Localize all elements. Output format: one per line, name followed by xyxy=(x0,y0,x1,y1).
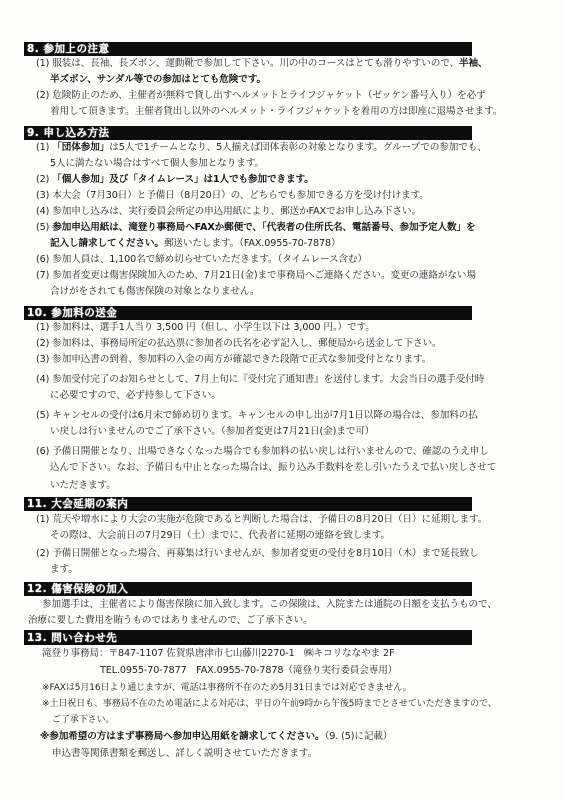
note-line: ※土日祝日も、事務局不在のため電話による対応は、平日の午前9時から午後5時までと… xyxy=(42,698,497,710)
text-line: (1) 服装は、長袖、長ズボン、運動靴で参加して下さい。川の中のコースはとても滑… xyxy=(36,58,488,70)
text-line: (3) 参加申込書の到着、参加料の入金の両方が確認できた段階で正式な参加受付とな… xyxy=(36,354,431,366)
text-line: (7) 参加者変更は傷害保険加入のため、7月21日(金)まで事務局へご連絡くださ… xyxy=(36,270,476,282)
text-line: (2) 「個人参加」及び「タイムレース」は1人でも参加できます。 xyxy=(36,174,314,186)
note-line: 申込書等関係書類を郵送し、詳しく説明させていただきます。 xyxy=(52,748,317,760)
section-header-12: 12. 傷害保険の加入 xyxy=(24,582,472,596)
text-line: (1) 参加料は、選手1人当り 3,500 円（但し、小学生以下は 3,000 … xyxy=(36,322,375,334)
text-line: (4) 参加受付完了のお知らせとして、7月上旬に『受付完了通知書』を送付します。… xyxy=(36,374,484,386)
text-line: (2) 予備日開催となった場合、再募集は行いませんが、参加者変更の受付を8月10… xyxy=(36,548,478,560)
note-line: ※FAXは5月16日より通じますが、電話は事務所不在のため5月31日までは対応で… xyxy=(42,682,412,694)
section-header-9: 9. 申し込み方法 xyxy=(24,126,472,140)
section-header-8: 8. 参加上の注意 xyxy=(24,42,472,56)
text-line: いただきます。 xyxy=(50,480,116,492)
phone-fax-line: TEL.0955-70-7877 FAX.0955-70-7878（滝登り実行委… xyxy=(100,665,397,677)
text-line: その際は、大会前日の7月29日（土）までに、代表者に延期の連絡を致します。 xyxy=(50,530,390,542)
text-line: 5人に満たない場合はすべて個人参加となります。 xyxy=(50,158,264,170)
text-line: (4) 参加申し込みは、実行委員会所定の申込用紙により、郵送かFAXでお申し込み… xyxy=(36,206,421,218)
text-line: 半ズボン、サンダル等での参加はとても危険です。 xyxy=(50,74,266,86)
text-line: 着用して頂きます。主催者貸出し以外のヘルメット・ライフジャケットを着用の方は即座… xyxy=(50,106,502,118)
text-line: (3) 本大会（7月30日）と予備日（8月20日）の、どちらでも参加できる方を受… xyxy=(36,190,429,202)
text-line: い戻しは行いませんのでご了承下さい。（参加者変更は7月21日(金)まで可） xyxy=(50,426,374,438)
section-header-13: 13. 問い合わせ先 xyxy=(24,631,472,645)
text-line: に必要ですので、必ず持参して下さい。 xyxy=(50,390,221,402)
section-header-11: 11. 大会延期の案内 xyxy=(24,497,472,511)
text-line: (6) 参加人員は、1,100名で締め切らせていただきます。（タイムレース含む） xyxy=(36,254,367,266)
address-line: 滝登り事務局：〒847-1107 佐賀県唐津市七山藤川2270-1 ㈱キコリなな… xyxy=(42,648,394,660)
document-page: 8. 参加上の注意 (1) 服装は、長袖、長ズボン、運動靴で参加して下さい。川の… xyxy=(0,0,565,800)
section-header-10: 10. 参加料の送金 xyxy=(24,306,472,320)
text-line: 治療に要した費用を賄うものではありませんので、ご了承下さい。 xyxy=(28,615,313,627)
text-line: (5) キャンセルの受付は6月末で締め切ります。キャンセルの申し出が7月1日以降… xyxy=(36,410,478,422)
text-line: 記入し請求してください。郵送いたします。（FAX.0955-70-7878） xyxy=(50,238,341,250)
text-line: (2) 危険防止のため、主催者が無料で貸し出すヘルメットとライフジャケット（ゼッ… xyxy=(36,90,486,102)
text-line: (1) 「団体参加」は5人で1チームとなり、5人揃えば団体表彰の対象となります。… xyxy=(36,142,487,154)
text-line: 合けがをされても傷害保険の対象となりません。 xyxy=(50,286,259,298)
text-line: (1) 荒天や増水により大会の実施が危険であると判断した場合は、予備日の8月20… xyxy=(36,514,487,526)
text-line: (5) 参加申込用紙は、滝登り事務局へFAXか郵便で、「代表者の住所氏名、電話番… xyxy=(36,222,475,234)
note-line: ※参加希望の方はまず事務局へ参加申込用紙を請求してください。（9. (5)に記載… xyxy=(40,731,392,743)
note-line: ご了承下さい。 xyxy=(52,714,114,726)
text-line: 込んで下さい。なお、予備日も中止となった場合は、振り込み手数料を差し引いたうえで… xyxy=(50,462,496,474)
text-line: (6) 予備日開催となり、出場できなくなった場合でも参加料の払い戻しは行いません… xyxy=(36,446,489,458)
text-line: ます。 xyxy=(50,564,78,576)
text-line: (2) 参加料は、事務局所定の払込票に参加者の氏名を必ず記入し、郵便局から送金し… xyxy=(36,338,441,350)
text-line: 参加選手は、主催者により傷害保険に加入致します。この保険は、入院または通院の日額… xyxy=(42,599,497,611)
